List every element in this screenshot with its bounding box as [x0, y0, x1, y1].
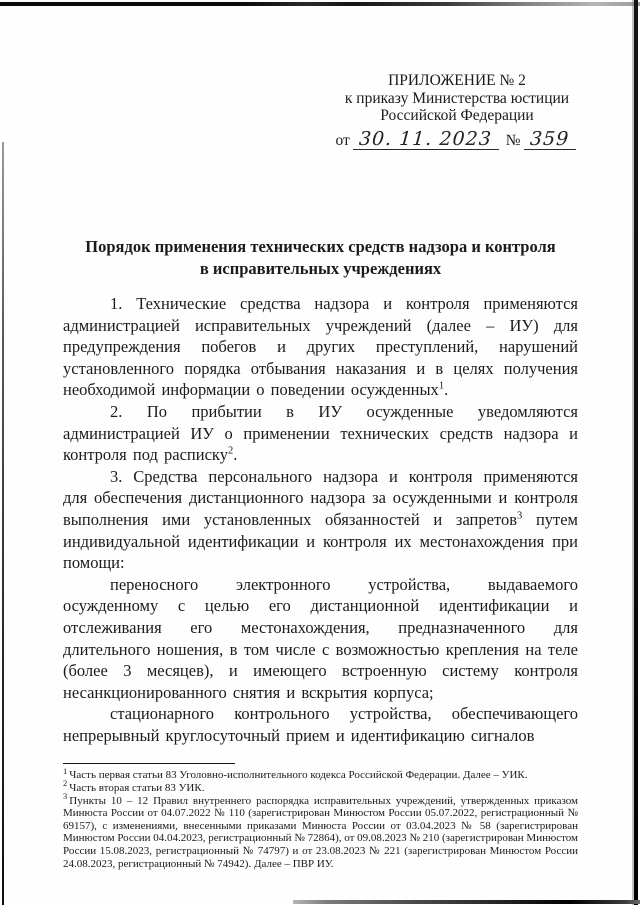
appendix-header: ПРИЛОЖЕНИЕ № 2 к приказу Министерства юс…	[330, 72, 584, 150]
order-date-row: от 30. 11. 2023 № 359	[330, 129, 584, 151]
appendix-number-line: ПРИЛОЖЕНИЕ № 2	[330, 72, 584, 90]
date-prefix-label: от	[335, 132, 349, 151]
footnote-3-text: Пункты 10 – 12 Правил внутреннего распор…	[63, 795, 578, 870]
document-title-line2: в исправительных учреждениях	[63, 258, 578, 280]
paragraph-3-text: 3. Средства персонального надзора и конт…	[63, 467, 578, 529]
footnote-separator	[63, 763, 235, 764]
paragraph-5: стационарного контрольного устройства, о…	[63, 703, 578, 746]
paragraph-5-text: стационарного контрольного устройства, о…	[63, 704, 578, 745]
footnote-3: 3Пункты 10 – 12 Правил внутреннего распо…	[63, 795, 578, 871]
paragraph-2-text: 2. По прибытии в ИУ осужденные уведомляю…	[63, 402, 578, 464]
appendix-federation-line: Российской Федерации	[330, 107, 584, 125]
footnote-2-marker: 2	[63, 778, 67, 788]
number-underline-field: 359	[524, 129, 576, 151]
scan-artifact-right-edge	[634, 0, 638, 905]
footnote-1-marker: 1	[63, 766, 67, 776]
paragraph-4: переносного электронного устройства, выд…	[63, 574, 578, 704]
handwritten-number: 359	[529, 129, 570, 149]
paragraph-1: 1. Технические средства надзора и контро…	[63, 293, 578, 401]
scan-artifact-left-edge	[2, 142, 4, 905]
appendix-order-line: к приказу Министерства юстиции	[330, 90, 584, 108]
handwritten-date: 30. 11. 2023	[359, 129, 493, 149]
paragraph-1-tail: .	[444, 380, 448, 399]
footnotes-block: 1Часть первая статьи 83 Уголовно-исполни…	[63, 769, 578, 870]
paragraph-2: 2. По прибытии в ИУ осужденные уведомляю…	[63, 401, 578, 466]
footnote-2-text: Часть вторая статьи 83 УИК.	[69, 782, 204, 794]
scan-artifact-top-edge	[0, 2, 640, 6]
footnote-3-marker: 3	[63, 791, 67, 801]
footnote-2: 2Часть вторая статьи 83 УИК.	[63, 782, 578, 795]
paragraph-1-text: 1. Технические средства надзора и контро…	[63, 294, 578, 399]
number-prefix-label: №	[506, 132, 521, 151]
paragraph-3: 3. Средства персонального надзора и конт…	[63, 466, 578, 574]
document-page: ПРИЛОЖЕНИЕ № 2 к приказу Министерства юс…	[0, 0, 640, 905]
document-title: Порядок применения технических средств н…	[63, 236, 578, 279]
footnote-1-text: Часть первая статьи 83 Уголовно-исполнит…	[69, 769, 527, 781]
paragraph-2-tail: .	[233, 445, 237, 464]
footnote-1: 1Часть первая статьи 83 Уголовно-исполни…	[63, 769, 578, 782]
scan-artifact-bottom-edge	[293, 900, 640, 904]
document-title-line1: Порядок применения технических средств н…	[63, 236, 578, 258]
document-body: 1. Технические средства надзора и контро…	[63, 293, 578, 746]
date-underline-field: 30. 11. 2023	[353, 129, 499, 151]
paragraph-4-text: переносного электронного устройства, выд…	[63, 575, 578, 702]
